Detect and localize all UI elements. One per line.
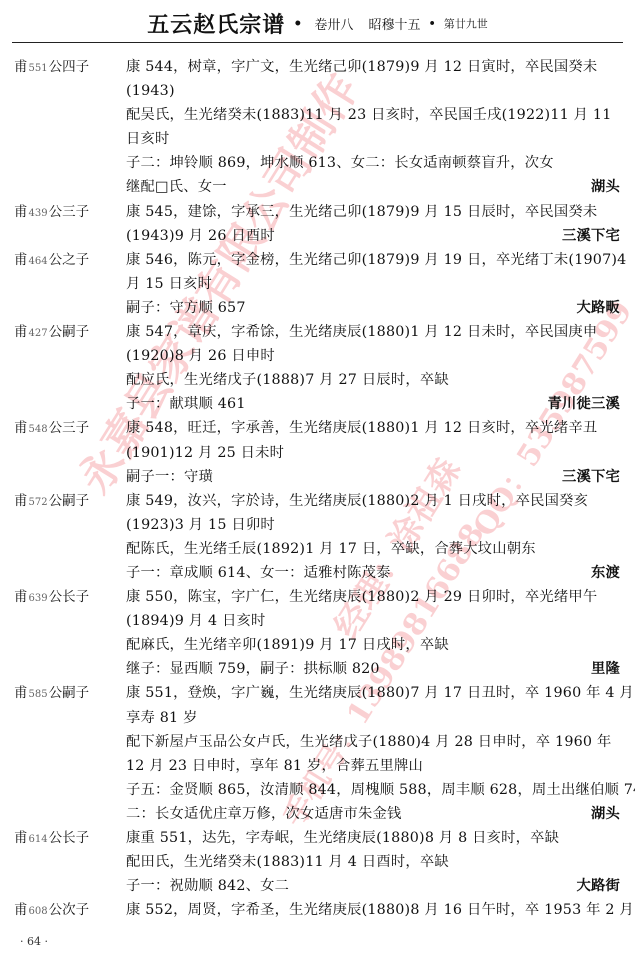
parent-relation: 公四子 [49, 59, 90, 75]
parent-relation: 公三子 [49, 420, 90, 436]
entry-line: 配吴氏，生光绪癸未(1883)11 月 23 日亥时，卒民国壬戌(1922)11… [126, 103, 620, 127]
entry-line: 子二：坤铃顺 869，坤水顺 613、女二：长女适南顿蔡盲升，次女 [126, 151, 620, 175]
parent-relation: 公长子 [49, 830, 90, 846]
entry-line: 康 548，旺迁，字承善，生光绪庚辰(1880)1 月 12 日亥时，卒光绪辛丑 [126, 416, 620, 440]
residence-location: 湖头 [591, 175, 620, 199]
entry-text: 日亥时 [126, 131, 170, 147]
parent-reference: 甫464公之子 [14, 248, 114, 268]
parent-relation: 公嗣子 [49, 685, 90, 701]
parent-prefix: 甫 [14, 204, 28, 220]
parent-number: 585 [29, 689, 48, 700]
genealogy-entry: 甫427公嗣子康 547，章庆，字希馀，生光绪庚辰(1880)1 月 12 日未… [0, 320, 635, 416]
entry-text: (1923)3 月 15 日卯时 [126, 517, 275, 533]
parent-number: 572 [29, 497, 48, 508]
entry-line: 月 15 日亥时 [126, 272, 620, 296]
genealogy-entry: 甫585公嗣子康 551，登焕，字广巍，生光绪庚辰(1880)7 月 17 日丑… [0, 681, 635, 826]
entry-line: (1943)9 月 26 日酉时三溪下宅 [126, 224, 620, 248]
parent-reference: 甫614公长子 [14, 826, 114, 846]
entry-line: 康 547，章庆，字希馀，生光绪庚辰(1880)1 月 12 日未时，卒民国庚申 [126, 320, 620, 344]
entry-text: 配陈氏，生光绪壬辰(1892)1 月 17 日，卒缺，合葬大坟山朝东 [126, 541, 536, 557]
entry-line: 二：长女适优庄章万修，次女适唐市朱金钱湖头 [126, 802, 620, 826]
parent-prefix: 甫 [14, 420, 28, 436]
genealogy-entry: 甫614公长子康重 551，达先，字寿岷，生光绪庚辰(1880)8 月 8 日亥… [0, 826, 635, 898]
parent-number: 639 [29, 593, 48, 604]
entry-text: (1943) [126, 83, 175, 99]
page-header: 五云赵氏宗谱 • 卷卅八 昭穆十五 • 第廿九世 [0, 8, 635, 40]
parent-reference: 甫585公嗣子 [14, 681, 114, 701]
parent-relation: 公次子 [49, 902, 90, 918]
entry-text: 康 545，建馀，字承三，生光绪己卯(1879)9 月 15 日辰时，卒民国癸未 [126, 204, 597, 220]
parent-number: 548 [29, 424, 48, 435]
genealogy-entry: 甫464公之子康 546，陈元，字金榜，生光绪己卯(1879)9 月 19 日，… [0, 248, 635, 320]
parent-number: 551 [29, 63, 48, 74]
entry-line: (1923)3 月 15 日卯时 [126, 513, 620, 537]
entry-line: 享寿 81 岁 [126, 706, 620, 730]
parent-reference: 甫572公嗣子 [14, 489, 114, 509]
parent-reference: 甫427公嗣子 [14, 320, 114, 340]
residence-location: 三溪下宅 [562, 465, 620, 489]
entry-line: 康重 551，达先，字寿岷，生光绪庚辰(1880)8 月 8 日亥时，卒缺 [126, 826, 620, 850]
entry-text: 康 550，陈宝，字广仁，生光绪庚辰(1880)2 月 29 日卯时，卒光绪甲午 [126, 589, 597, 605]
entry-line: 康 544，树章，字广文，生光绪己卯(1879)9 月 12 日寅时，卒民国癸未 [126, 55, 620, 79]
entry-line: 日亥时 [126, 127, 620, 151]
entry-text: 配麻氏，生光绪辛卯(1891)9 月 17 日戌时，卒缺 [126, 637, 449, 653]
title-separator: • [293, 16, 302, 32]
entry-text: 康 549，汝兴，字於诗，生光绪庚辰(1880)2 月 1 日戌时，卒民国癸亥 [126, 493, 588, 509]
entry-line: 子一：祝勋顺 842、女二大路街 [126, 874, 620, 898]
page-number: · 64 · [20, 935, 48, 948]
entry-text: 继配□氏、女一 [126, 179, 227, 195]
parent-relation: 公嗣子 [49, 324, 90, 340]
parent-prefix: 甫 [14, 902, 28, 918]
parent-reference: 甫639公长子 [14, 585, 114, 605]
entry-text: 二：长女适优庄章万修，次女适唐市朱金钱 [126, 806, 401, 822]
entry-line: 子一：章成顺 614、女一：适雅村陈茂泰东渡 [126, 561, 620, 585]
entry-text: 嗣子一：守璜 [126, 469, 213, 485]
entry-line: 继配□氏、女一湖头 [126, 175, 620, 199]
parent-number: 439 [29, 208, 48, 219]
parent-prefix: 甫 [14, 324, 28, 340]
genealogy-body: 甫551公四子康 544，树章，字广文，生光绪己卯(1879)9 月 12 日寅… [0, 55, 635, 922]
entry-line: 康 549，汝兴，字於诗，生光绪庚辰(1880)2 月 1 日戌时，卒民国癸亥 [126, 489, 620, 513]
parent-prefix: 甫 [14, 589, 28, 605]
parent-relation: 公三子 [49, 204, 90, 220]
parent-reference: 甫548公三子 [14, 416, 114, 436]
residence-location: 大路街 [577, 874, 621, 898]
residence-location: 大路畈 [577, 296, 621, 320]
entry-line: (1920)8 月 26 日申时 [126, 344, 620, 368]
parent-prefix: 甫 [14, 830, 28, 846]
entry-line: 康 550，陈宝，字广仁，生光绪庚辰(1880)2 月 29 日卯时，卒光绪甲午 [126, 585, 620, 609]
entry-line: (1943) [126, 79, 620, 103]
genealogy-entry: 甫439公三子康 545，建馀，字承三，生光绪己卯(1879)9 月 15 日辰… [0, 200, 635, 248]
entry-text: 子一：献琪顺 461 [126, 396, 246, 412]
genealogy-entry: 甫551公四子康 544，树章，字广文，生光绪己卯(1879)9 月 12 日寅… [0, 55, 635, 200]
parent-reference: 甫551公四子 [14, 55, 114, 75]
entry-line: 配下新屋卢玉品公女卢氏，生光绪戊子(1880)4 月 28 日申时，卒 1960… [126, 730, 620, 754]
entry-text: 享寿 81 岁 [126, 710, 198, 726]
entry-line: 继子：显西顺 759，嗣子：拱标顺 820里隆 [126, 657, 620, 681]
entry-line: 嗣子一：守璜三溪下宅 [126, 465, 620, 489]
entry-text: 康 544，树章，字广文，生光绪己卯(1879)9 月 12 日寅时，卒民国癸未 [126, 59, 597, 75]
entry-line: 配应氏，生光绪戊子(1888)7 月 27 日辰时，卒缺 [126, 368, 620, 392]
entry-line: 嗣子：守方顺 657大路畈 [126, 296, 620, 320]
parent-prefix: 甫 [14, 685, 28, 701]
entry-text: (1920)8 月 26 日申时 [126, 348, 275, 364]
generation-label: 第廿九世 [444, 18, 488, 31]
residence-location: 青川徙三溪 [548, 392, 620, 416]
parent-prefix: 甫 [14, 493, 28, 509]
entry-text: (1901)12 月 25 日未时 [126, 445, 284, 461]
entry-line: 配陈氏，生光绪壬辰(1892)1 月 17 日，卒缺，合葬大坟山朝东 [126, 537, 620, 561]
parent-prefix: 甫 [14, 59, 28, 75]
entry-text: 月 15 日亥时 [126, 276, 212, 292]
entry-text: 12 月 23 日申时，享年 81 岁，合葬五里牌山 [126, 758, 423, 774]
entry-line: 子五：金贤顺 865，汝清顺 844，周槐顺 588，周丰顺 628，周土出继伯… [126, 778, 620, 802]
entry-line: 康 551，登焕，字广巍，生光绪庚辰(1880)7 月 17 日丑时，卒 196… [126, 681, 620, 705]
entry-line: 康 545，建馀，字承三，生光绪己卯(1879)9 月 15 日辰时，卒民国癸未 [126, 200, 620, 224]
parent-number: 427 [29, 328, 48, 339]
entry-line: 子一：献琪顺 461青川徙三溪 [126, 392, 620, 416]
parent-number: 614 [29, 834, 48, 845]
entry-text: 配吴氏，生光绪癸未(1883)11 月 23 日亥时，卒民国壬戌(1922)11… [126, 107, 612, 123]
entry-text: 继子：显西顺 759，嗣子：拱标顺 820 [126, 661, 380, 677]
entry-text: 配应氏，生光绪戊子(1888)7 月 27 日辰时，卒缺 [126, 372, 449, 388]
entry-text: 配田氏，生光绪癸未(1883)11 月 4 日酉时，卒缺 [126, 854, 449, 870]
parent-reference: 甫608公次子 [14, 898, 114, 918]
entry-text: 康 546，陈元，字金榜，生光绪己卯(1879)9 月 19 日，卒光绪丁未(1… [126, 252, 626, 268]
entry-text: (1943)9 月 26 日酉时 [126, 228, 275, 244]
parent-relation: 公长子 [49, 589, 90, 605]
entry-line: 康 552，周贤，字希圣，生光绪庚辰(1880)8 月 16 日午时，卒 195… [126, 898, 620, 922]
entry-text: 康 548，旺迁，字承善，生光绪庚辰(1880)1 月 12 日亥时，卒光绪辛丑 [126, 420, 597, 436]
genealogy-entry: 甫548公三子康 548，旺迁，字承善，生光绪庚辰(1880)1 月 12 日亥… [0, 416, 635, 488]
entry-text: 子一：祝勋顺 842、女二 [126, 878, 289, 894]
entry-line: 康 546，陈元，字金榜，生光绪己卯(1879)9 月 19 日，卒光绪丁未(1… [126, 248, 620, 272]
genealogy-entry: 甫572公嗣子康 549，汝兴，字於诗，生光绪庚辰(1880)2 月 1 日戌时… [0, 489, 635, 585]
entry-line: 12 月 23 日申时，享年 81 岁，合葬五里牌山 [126, 754, 620, 778]
entry-text: 配下新屋卢玉品公女卢氏，生光绪戊子(1880)4 月 28 日申时，卒 1960… [126, 734, 611, 750]
residence-location: 里隆 [591, 657, 620, 681]
entry-text: 子一：章成顺 614、女一：适雅村陈茂泰 [126, 565, 391, 581]
parent-number: 608 [29, 906, 48, 917]
entry-line: (1894)9 月 4 日亥时 [126, 609, 620, 633]
volume-label: 卷卅八 [314, 18, 353, 33]
entry-line: 配麻氏，生光绪辛卯(1891)9 月 17 日戌时，卒缺 [126, 633, 620, 657]
entry-text: 康 552，周贤，字希圣，生光绪庚辰(1880)8 月 16 日午时，卒 195… [126, 902, 634, 918]
genealogy-entry: 甫639公长子康 550，陈宝，字广仁，生光绪庚辰(1880)2 月 29 日卯… [0, 585, 635, 681]
genealogy-title: 五云赵氏宗谱 [147, 12, 285, 38]
entry-text: 康 547，章庆，字希馀，生光绪庚辰(1880)1 月 12 日未时，卒民国庚申 [126, 324, 597, 340]
entry-text: 子二：坤铃顺 869，坤水顺 613、女二：长女适南顿蔡盲升，次女 [126, 155, 554, 171]
parent-relation: 公嗣子 [49, 493, 90, 509]
residence-location: 三溪下宅 [562, 224, 620, 248]
parent-relation: 公之子 [49, 252, 90, 268]
genealogy-entry: 甫608公次子康 552，周贤，字希圣，生光绪庚辰(1880)8 月 16 日午… [0, 898, 635, 922]
generation-separator: • [429, 17, 436, 30]
residence-location: 湖头 [591, 802, 620, 826]
entry-text: (1894)9 月 4 日亥时 [126, 613, 266, 629]
branch-label: 昭穆十五 [369, 18, 421, 33]
entry-line: (1901)12 月 25 日未时 [126, 441, 620, 465]
header-rule [12, 42, 623, 43]
entry-text: 康重 551，达先，字寿岷，生光绪庚辰(1880)8 月 8 日亥时，卒缺 [126, 830, 559, 846]
entry-text: 嗣子：守方顺 657 [126, 300, 246, 316]
parent-number: 464 [29, 256, 48, 267]
parent-prefix: 甫 [14, 252, 28, 268]
entry-text: 子五：金贤顺 865，汝清顺 844，周槐顺 588，周丰顺 628，周土出继伯… [126, 782, 635, 798]
entry-line: 配田氏，生光绪癸未(1883)11 月 4 日酉时，卒缺 [126, 850, 620, 874]
entry-text: 康 551，登焕，字广巍，生光绪庚辰(1880)7 月 17 日丑时，卒 196… [126, 685, 635, 701]
residence-location: 东渡 [591, 561, 620, 585]
parent-reference: 甫439公三子 [14, 200, 114, 220]
